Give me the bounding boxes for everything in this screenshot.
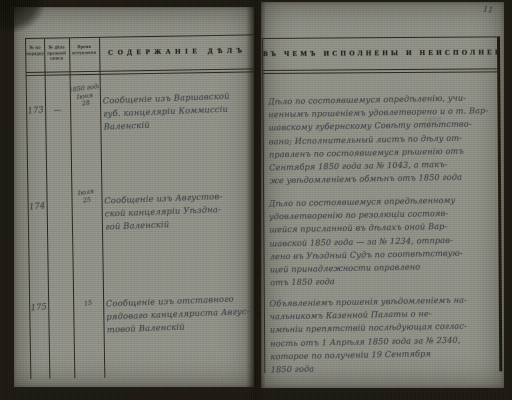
row-mark: — — [46, 105, 69, 114]
register-entry: Объявленіемъ прошенія увѣдомленіемъ на- … — [269, 293, 496, 377]
row-number: 174 — [28, 201, 46, 212]
row-date: Іюля 25 — [71, 187, 103, 206]
table-row: 174 Іюля 25 Сообщеніе изъ Августов- ской… — [28, 190, 257, 194]
scanned-register-photo: № по порядку № дѣла прежней описи Время … — [0, 0, 512, 400]
row-number: 175 — [30, 302, 48, 313]
date-line: 15 — [73, 298, 104, 310]
folio-number: 11 — [482, 4, 493, 14]
row-content: Сообщеніе изъ Варшавской губ. канцеляріи… — [102, 89, 255, 134]
col-header-received: Время вступленія — [69, 39, 100, 76]
register-entry: Дѣло по состоявшемуся опредѣленному удов… — [269, 193, 497, 290]
col-header-order-no: № по порядку — [26, 40, 45, 77]
left-section-header: СОДЕРЖАНІЕ ДѢЛЪ — [99, 36, 256, 80]
register-entry: Дѣло по состоявшемуся опредѣленію, учи- … — [268, 91, 496, 188]
row-date: 15 — [73, 298, 104, 310]
table-row: 173 — 1850 года Іюня 28 Сообщеніе изъ Ва… — [27, 90, 256, 94]
row-content: Сообщеніе изъ отставного рядоваго канцел… — [106, 292, 259, 337]
row-date: 1850 года Іюня 28 — [69, 83, 102, 109]
row-number: 173 — [27, 105, 45, 116]
left-table: № по порядку № дѣла прежней описи Время … — [25, 34, 260, 379]
right-page: 11 ВЪ ЧЕМЪ ИСПОЛНЕНЫ И НЕИСПОЛНЕНЫ 1850 … — [261, 2, 504, 388]
right-table: ВЪ ЧЕМЪ ИСПОЛНЕНЫ И НЕИСПОЛНЕНЫ 1850 Дѣл… — [262, 36, 502, 373]
table-row: 175 15 Сообщеніе изъ отставного рядоваго… — [30, 293, 259, 297]
row-content: Сообщеніе изъ Августов- ской канцеляріи … — [104, 189, 257, 234]
right-section-header: ВЪ ЧЕМЪ ИСПОЛНЕНЫ И НЕИСПОЛНЕНЫ — [263, 38, 497, 82]
col-header-case-no: № дѣла прежней описи — [44, 39, 70, 76]
left-page: № по порядку № дѣла прежней описи Время … — [14, 7, 254, 387]
